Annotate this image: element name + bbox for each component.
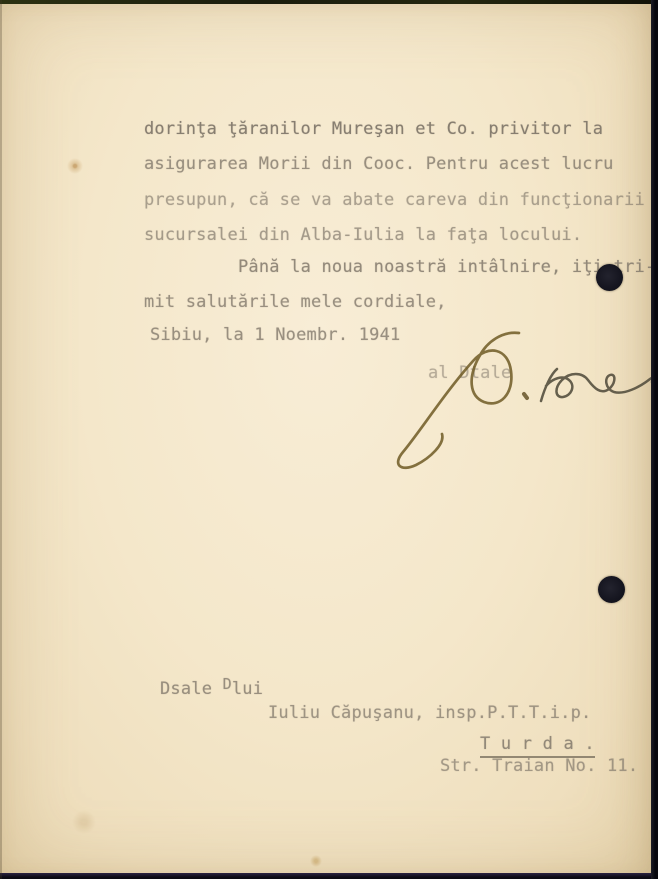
hole-punch-bottom xyxy=(598,576,625,603)
recipient-city: T u r d a . xyxy=(480,735,595,753)
recipient-city-underlined: T u r d a . xyxy=(480,734,595,758)
scan-edge-left xyxy=(0,0,2,879)
scanned-letter-page: dorinţa ţăranilor Mureşan et Co. privito… xyxy=(0,0,658,879)
letter-body-line: presupun, că se va abate careva din func… xyxy=(144,191,645,209)
recipient-street: Str. Traian No. 11. xyxy=(440,757,638,775)
letter-body-line: dorinţa ţăranilor Mureşan et Co. privito… xyxy=(144,120,603,138)
recipient-salutation: Dsale Dlui xyxy=(160,675,263,698)
scan-edge-right xyxy=(651,0,658,879)
scan-edge-top xyxy=(0,0,658,4)
salutation-prefix: Dsale xyxy=(160,679,223,699)
letter-body-line: Până la noua noastră intâlnire, iţi tri- xyxy=(238,258,655,276)
letter-body-line: sucursalei din Alba-Iulia la faţa loculu… xyxy=(144,226,582,244)
scan-edge-bottom xyxy=(0,873,658,879)
salutation-rest: lui xyxy=(232,679,263,699)
hole-punch-top xyxy=(596,264,623,291)
letter-closing: al Dtale xyxy=(428,364,511,382)
recipient-name: Iuliu Căpuşanu, insp.P.T.T.i.p. xyxy=(268,704,591,722)
letter-body-line: asigurarea Morii din Cooc. Pentru acest … xyxy=(144,155,614,173)
letter-body-line: mit salutările mele cordiale, xyxy=(144,293,447,311)
salutation-superscript-d: D xyxy=(223,675,232,693)
letter-place-date: Sibiu, la 1 Noembr. 1941 xyxy=(150,326,400,344)
